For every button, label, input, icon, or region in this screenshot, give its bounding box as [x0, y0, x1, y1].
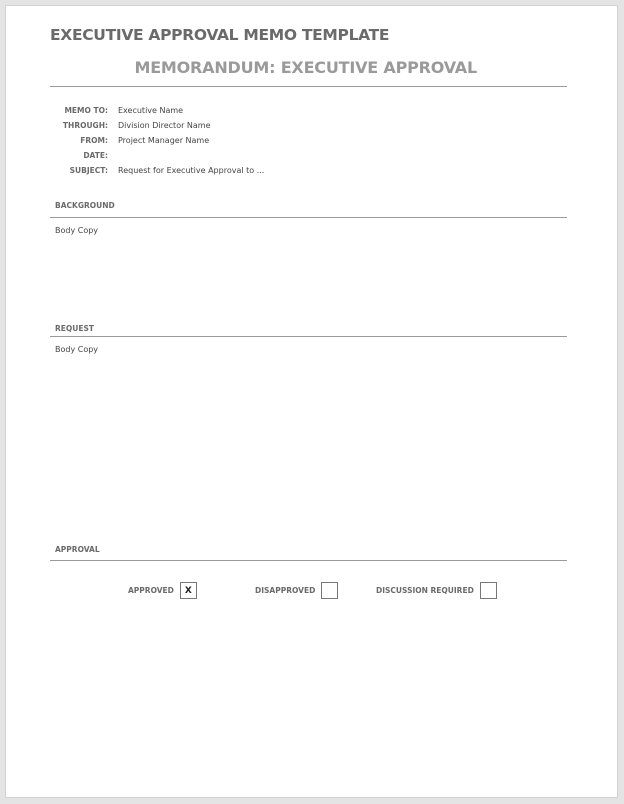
request-body[interactable]: Body Copy	[55, 345, 98, 354]
field-date: DATE:	[50, 148, 264, 163]
background-body[interactable]: Body Copy	[55, 226, 98, 235]
title-divider	[50, 86, 567, 87]
section-heading-background: BACKGROUND	[55, 201, 115, 210]
disapproved-checkbox[interactable]	[321, 582, 338, 599]
field-subject: SUBJECT: Request for Executive Approval …	[50, 163, 264, 178]
discussion-required-checkbox[interactable]	[480, 582, 497, 599]
field-value[interactable]: Division Director Name	[118, 121, 211, 130]
field-label: MEMO TO:	[50, 106, 108, 115]
memo-fields: MEMO TO: Executive Name THROUGH: Divisio…	[50, 103, 264, 178]
document-title: EXECUTIVE APPROVAL MEMO TEMPLATE	[50, 26, 389, 44]
field-value[interactable]: Request for Executive Approval to ...	[118, 166, 264, 175]
field-label: FROM:	[50, 136, 108, 145]
approval-approved: APPROVED X	[128, 582, 197, 599]
approved-checkbox[interactable]: X	[180, 582, 197, 599]
memo-title: MEMORANDUM: EXECUTIVE APPROVAL	[50, 58, 567, 77]
section-heading-approval: APPROVAL	[55, 545, 100, 554]
section-divider	[50, 336, 567, 337]
approval-label: DISCUSSION REQUIRED	[376, 586, 474, 595]
approval-label: DISAPPROVED	[255, 586, 315, 595]
field-value[interactable]: Executive Name	[118, 106, 183, 115]
approval-label: APPROVED	[128, 586, 174, 595]
approval-discussion-required: DISCUSSION REQUIRED	[376, 582, 497, 599]
field-label: SUBJECT:	[50, 166, 108, 175]
section-heading-request: REQUEST	[55, 324, 94, 333]
section-divider	[50, 217, 567, 218]
field-from: FROM: Project Manager Name	[50, 133, 264, 148]
field-value[interactable]: Project Manager Name	[118, 136, 209, 145]
section-divider	[50, 560, 567, 561]
field-label: DATE:	[50, 151, 108, 160]
field-through: THROUGH: Division Director Name	[50, 118, 264, 133]
field-label: THROUGH:	[50, 121, 108, 130]
field-memo-to: MEMO TO: Executive Name	[50, 103, 264, 118]
approval-disapproved: DISAPPROVED	[255, 582, 338, 599]
